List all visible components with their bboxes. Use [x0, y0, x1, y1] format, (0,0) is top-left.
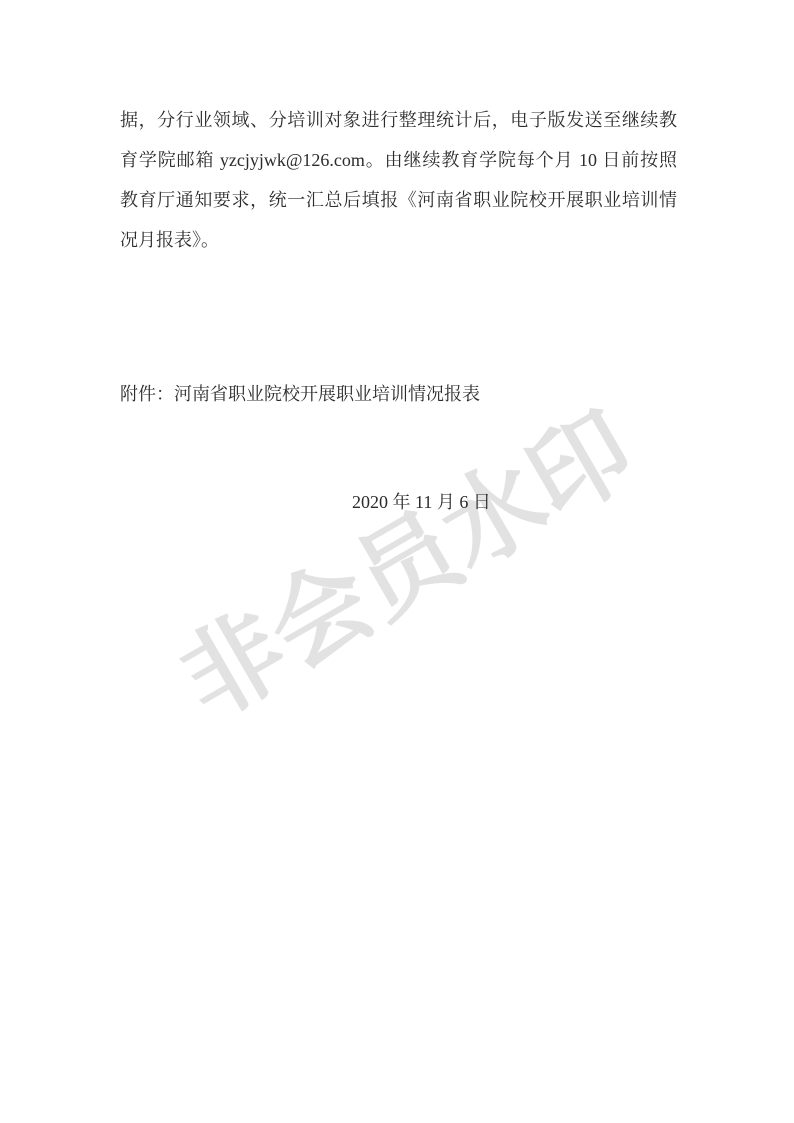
paragraph-line-3: 教育厅通知要求，统一汇总后填报《河南省职业院校开展职业培训情 [120, 180, 677, 220]
date-line: 2020 年 11 月 6 日 [352, 482, 491, 522]
paragraph-line-4: 况月报表》。 [120, 220, 677, 260]
document-page: 非会员水印 据，分行业领域、分培训对象进行整理统计后，电子版发送至继续教 育学院… [0, 0, 794, 1123]
body-paragraph: 据，分行业领域、分培训对象进行整理统计后，电子版发送至继续教 育学院邮箱 yzc… [120, 100, 677, 260]
watermark-text: 非会员水印 [150, 371, 655, 746]
paragraph-line-1: 据，分行业领域、分培训对象进行整理统计后，电子版发送至继续教 [120, 100, 677, 140]
attachment-line: 附件：河南省职业院校开展职业培训情况报表 [120, 374, 480, 414]
paragraph-line-2: 育学院邮箱 yzcjyjwk@126.com。由继续教育学院每个月 10 日前按… [120, 140, 677, 180]
